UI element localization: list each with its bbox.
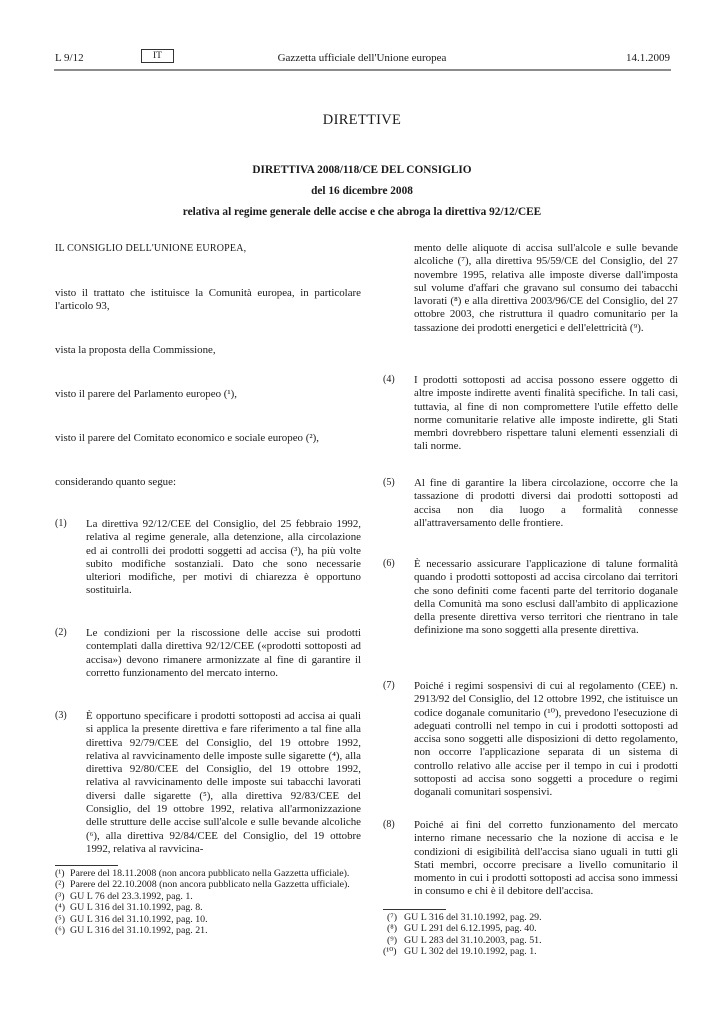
footnote-5: (⁵) GU L 316 del 31.10.1992, pag. 10. <box>55 914 361 925</box>
recital-text: È necessario assicurare l'applicazione d… <box>414 558 678 638</box>
journal-title: Gazzetta ufficiale dell'Unione europea <box>0 52 724 64</box>
footnote-8: (⁸) GU L 291 del 6.12.1995, pag. 40. <box>383 923 678 934</box>
recital-text: È opportuno specificare i prodotti sotto… <box>86 710 361 856</box>
recital-text: Poiché ai fini del corretto funzionament… <box>414 819 678 899</box>
recital-text: Le condizioni per la riscossione delle a… <box>86 627 361 680</box>
footnote-10: (¹⁰) GU L 302 del 19.10.1992, pag. 1. <box>383 946 678 957</box>
directive-date: del 16 dicembre 2008 <box>0 185 724 197</box>
recital-number: (6) <box>383 558 395 569</box>
section-title: DIRETTIVE <box>0 112 724 129</box>
footnote-4: (⁴) GU L 316 del 31.10.1992, pag. 8. <box>55 902 361 913</box>
preamble-institution: IL CONSIGLIO DELL'UNIONE EUROPEA, <box>55 242 361 255</box>
recital-number: (5) <box>383 477 395 488</box>
footnote-divider <box>55 865 118 866</box>
recital-number: (8) <box>383 819 395 830</box>
citation-esc: visto il parere del Comitato economico e… <box>55 432 361 445</box>
footnote-6: (⁶) GU L 316 del 31.10.1992, pag. 21. <box>55 925 361 936</box>
recital-text: Al fine di garantire la libera circolazi… <box>414 477 678 530</box>
citation-parliament: visto il parere del Parlamento europeo (… <box>55 388 361 401</box>
footnotes-right: (⁷) GU L 316 del 31.10.1992, pag. 29. (⁸… <box>383 912 678 958</box>
directive-subject: relativa al regime generale delle accise… <box>0 206 724 218</box>
citation-commission: vista la proposta della Commissione, <box>55 344 361 357</box>
publication-date: 14.1.2009 <box>626 52 670 64</box>
footnote-2: (²) Parere del 22.10.2008 (non ancora pu… <box>55 879 361 890</box>
footnote-9: (⁹) GU L 283 del 31.10.2003, pag. 51. <box>383 935 678 946</box>
header-divider <box>54 69 671 71</box>
considering-intro: considerando quanto segue: <box>55 476 361 489</box>
recital-text: Poiché i regimi sospensivi di cui al reg… <box>414 680 678 800</box>
recital-number: (4) <box>383 374 395 385</box>
footnotes-left: (¹) Parere del 18.11.2008 (non ancora pu… <box>55 868 361 936</box>
footnote-3: (³) GU L 76 del 23.3.1992, pag. 1. <box>55 891 361 902</box>
citation-treaty: visto il trattato che istituisce la Comu… <box>55 287 361 314</box>
recital-number: (1) <box>55 518 67 529</box>
recital-number: (3) <box>55 710 67 721</box>
footnote-7: (⁷) GU L 316 del 31.10.1992, pag. 29. <box>383 912 678 923</box>
footnote-divider <box>383 909 446 910</box>
recital-text: mento delle aliquote di accisa sull'alco… <box>414 242 678 335</box>
recital-text: La direttiva 92/12/CEE del Consiglio, de… <box>86 518 361 598</box>
directive-title: DIRETTIVA 2008/118/CE DEL CONSIGLIO <box>0 164 724 176</box>
footnote-1: (¹) Parere del 18.11.2008 (non ancora pu… <box>55 868 361 879</box>
recital-text: I prodotti sottoposti ad accisa possono … <box>414 374 678 454</box>
recital-number: (2) <box>55 627 67 638</box>
recital-number: (7) <box>383 680 395 691</box>
